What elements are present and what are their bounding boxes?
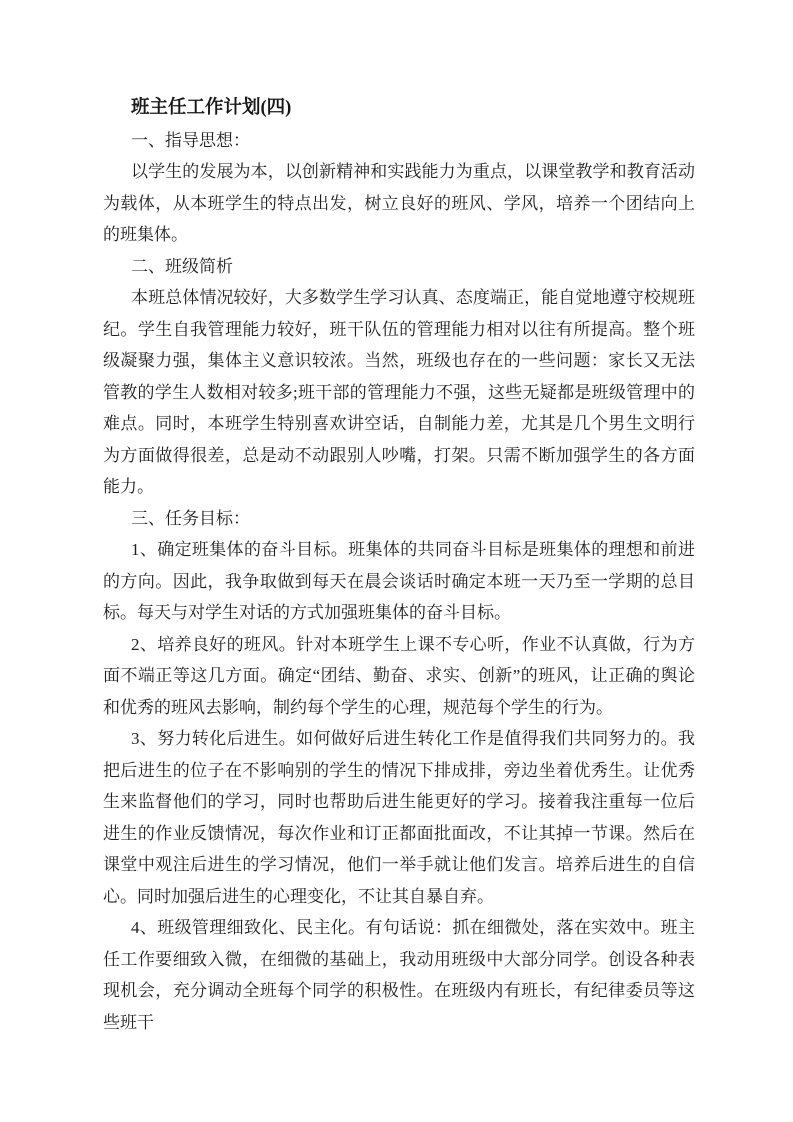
document-content: 班主任工作计划(四) 一、指导思想： 以学生的发展为本，以创新精神和实践能力为重… xyxy=(103,93,695,1038)
paragraph: 3、努力转化后进生。如何做好后进生转化工作是值得我们共同努力的。我把后进生的位子… xyxy=(103,723,695,912)
document-title: 班主任工作计划(四) xyxy=(103,93,695,125)
section-heading-guiding-ideology: 一、指导思想： xyxy=(103,125,695,157)
paragraph: 2、培养良好的班风。针对本班学生上课不专心听，作业不认真做，行为方面不端正等这几… xyxy=(103,629,695,724)
paragraph: 1、确定班集体的奋斗目标。班集体的共同奋斗目标是班集体的理想和前进的方向。因此，… xyxy=(103,534,695,629)
paragraph: 4、班级管理细致化、民主化。有句话说：抓在细微处，落在实效中。班主任工作要细致入… xyxy=(103,912,695,1038)
paragraph: 本班总体情况较好，大多数学生学习认真、态度端正，能自觉地遵守校规班纪。学生自我管… xyxy=(103,282,695,503)
document-page: 班主任工作计划(四) 一、指导思想： 以学生的发展为本，以创新精神和实践能力为重… xyxy=(0,0,793,1122)
section-heading-class-analysis: 二、班级简析 xyxy=(103,251,695,283)
section-heading-task-goals: 三、任务目标： xyxy=(103,503,695,535)
paragraph: 以学生的发展为本，以创新精神和实践能力为重点，以课堂教学和教育活动为载体，从本班… xyxy=(103,156,695,251)
